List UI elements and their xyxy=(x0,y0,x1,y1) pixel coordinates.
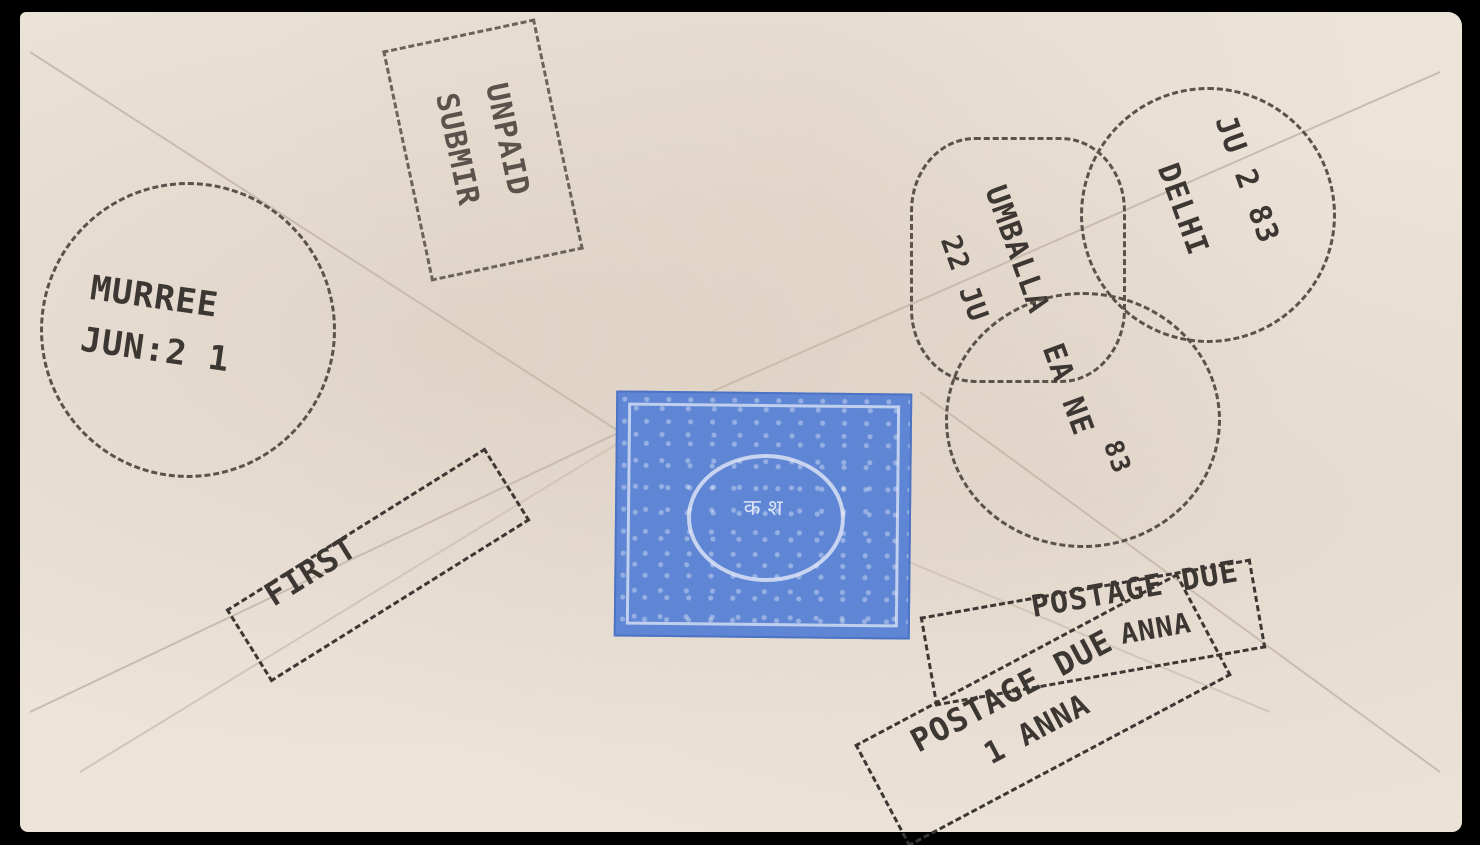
stamp-inscription: क श xyxy=(617,490,909,523)
postage-stamp: क श xyxy=(614,390,913,639)
envelope-back: MURREE JUN:2 1 UNPAID SUBMIR UMBALLA 22 … xyxy=(20,12,1462,832)
